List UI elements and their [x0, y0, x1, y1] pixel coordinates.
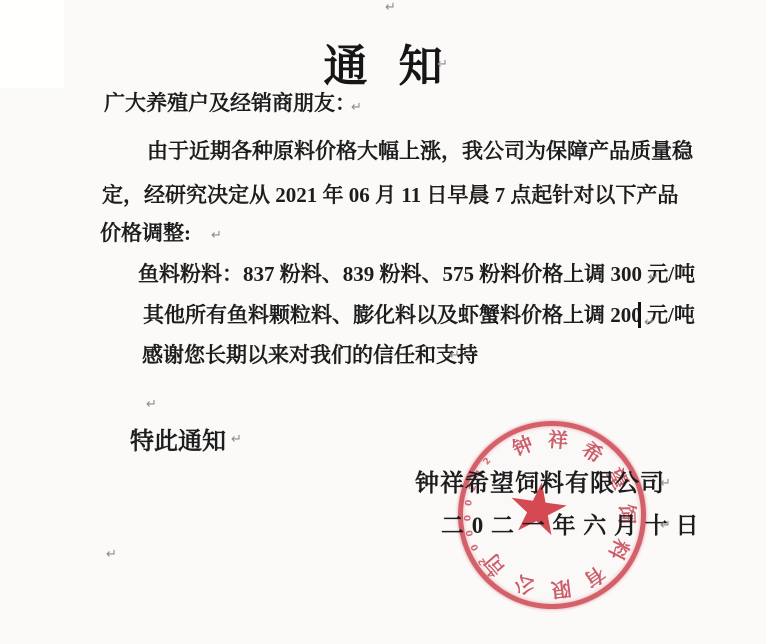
seal-serial-digit: 0 — [465, 499, 475, 507]
body-line-2: 定，经研究决定从 2021 年 06 月 11 日早晨 7 点起针对以下产品 — [102, 184, 678, 207]
paragraph-mark-icon: ↵ — [231, 433, 242, 446]
paragraph-mark-icon: ↵ — [644, 316, 655, 329]
paragraph-mark-icon: ↵ — [211, 229, 222, 242]
paragraph-mark-icon: ↵ — [660, 519, 671, 532]
paragraph-mark-icon: ↵ — [648, 271, 659, 284]
paragraph-mark-icon: ↵ — [385, 1, 396, 14]
thanks-line: 感谢您长期以来对我们的信任和支持 — [142, 344, 478, 367]
text-cursor — [638, 302, 641, 328]
paragraph-mark-icon: ↵ — [351, 101, 362, 114]
company-name: 钟祥希望饲料有限公司 — [415, 471, 665, 497]
seal-arc-char: 限 — [550, 577, 572, 599]
notice-document: 通 知 广大养殖户及经销商朋友： 由于近期各种原料价格大幅上涨，我公司为保障产品… — [0, 0, 766, 644]
paragraph-mark-icon: ↵ — [106, 548, 117, 561]
paragraph-mark-icon: ↵ — [146, 398, 157, 411]
price-line-powder: 鱼料粉料：837 粉料、839 粉料、575 粉料价格上调 300 元/吨 — [138, 263, 695, 286]
paragraph-mark-icon: ↵ — [449, 349, 460, 362]
page-title: 通 知 — [0, 30, 766, 94]
paragraph-mark-icon: ↵ — [437, 58, 448, 71]
body-line-3: 价格调整: — [100, 222, 191, 245]
price-line-pellet: 其他所有鱼料颗粒料、膨化料以及虾蟹料价格上调 200 元/吨 — [143, 304, 695, 327]
salutation-line: 广大养殖户及经销商朋友： — [104, 92, 356, 115]
closing-line: 特此通知 — [130, 429, 226, 455]
paragraph-mark-icon: ↵ — [660, 477, 671, 490]
body-line-1: 由于近期各种原料价格大幅上涨，我公司为保障产品质量稳 — [147, 140, 693, 163]
seal-arc-char: 祥 — [548, 430, 570, 452]
